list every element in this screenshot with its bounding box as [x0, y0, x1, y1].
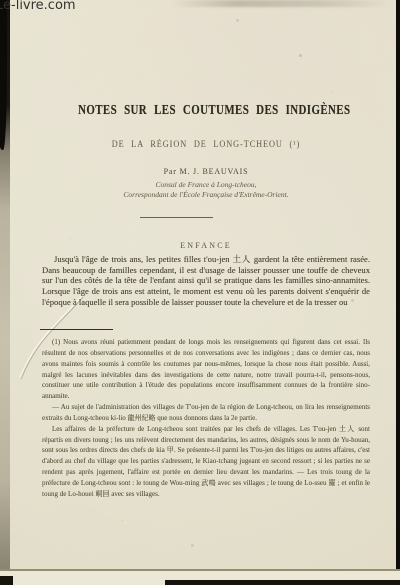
footnote-paragraph: (1) Nous avons réuni patiemment pendant … [42, 337, 370, 402]
section-heading: ENFANCE [42, 241, 370, 250]
bottom-dark-background-left [0, 576, 13, 585]
title-divider-rule [140, 217, 213, 218]
author-byline: Par M. J. BEAUVAIS [42, 167, 370, 176]
top-edge-smudge [170, 0, 392, 7]
body-paragraph: Jusqu'à l'âge de trois ans, les petites … [42, 254, 370, 308]
bottom-dark-background-right [165, 580, 400, 585]
article-subtitle: DE LA RÉGION DE LONG-TCHEOU (¹) [55, 139, 357, 149]
footnote-separator-rule [40, 329, 113, 330]
right-book-edge [396, 0, 400, 585]
footnote-paragraph: — Au sujet de l'administration des villa… [42, 402, 370, 424]
footnote-block: (1) Nous avons réuni patiemment pendant … [42, 337, 370, 500]
scanned-book-page: Le-livre.com NOTES SUR LES COUTUMES DES … [0, 0, 400, 585]
author-role-line-2: Correspondant de l'École Française d'Ext… [42, 190, 370, 199]
footnote-paragraph: Les affaires de la préfecture de Long-tc… [42, 424, 370, 500]
site-watermark: Le-livre.com [0, 0, 76, 13]
article-title: NOTES SUR LES COUTUMES DES INDIGÈNES [78, 103, 334, 119]
author-role-line-1: Consul de France à Long-tcheou, [42, 180, 370, 189]
